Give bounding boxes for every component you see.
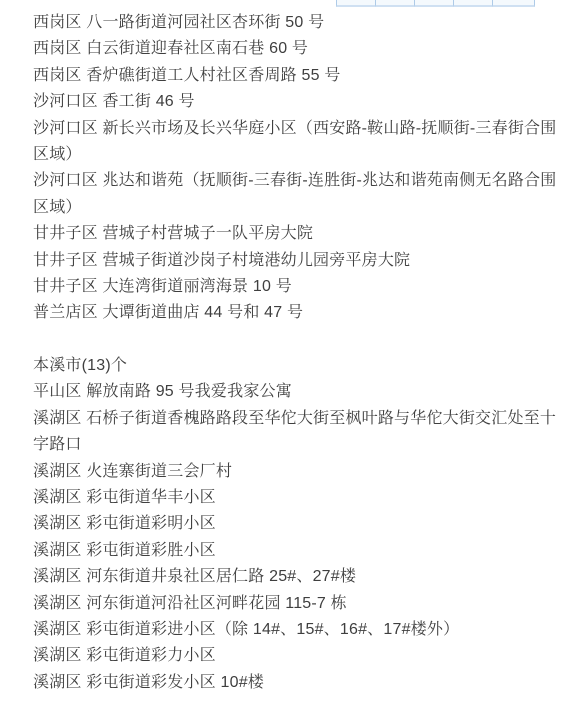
- blank-line: [33, 327, 563, 353]
- list-line: 西岗区 香炉礁街道工人村社区香周路 55 号: [33, 63, 563, 89]
- cropped-table-bottom-edge: [336, 0, 535, 7]
- list-line: 字路口: [33, 432, 563, 458]
- table-cell-fragment: [492, 0, 535, 7]
- list-line: 区域）: [33, 195, 563, 221]
- list-line: 甘井子区 营城子街道沙岗子村境港幼儿园旁平房大院: [33, 248, 563, 274]
- list-line: 西岗区 八一路街道河园社区杏环街 50 号: [33, 10, 563, 36]
- list-line: 溪湖区 彩屯街道彩明小区: [33, 511, 563, 537]
- list-line: 溪湖区 彩屯街道彩力小区: [33, 643, 563, 669]
- list-line: 甘井子区 大连湾街道丽湾海景 10 号: [33, 274, 563, 300]
- list-line: 溪湖区 彩屯街道彩进小区（除 14#、15#、16#、17#楼外）: [33, 617, 563, 643]
- document-page: 西岗区 八一路街道河园社区杏环街 50 号西岗区 白云街道迎春社区南石巷 60 …: [0, 0, 563, 714]
- list-line: 溪湖区 彩屯街道彩胜小区: [33, 538, 563, 564]
- list-line: 溪湖区 河东街道井泉社区居仁路 25#、27#楼: [33, 564, 563, 590]
- list-line: 溪湖区 彩屯街道华丰小区: [33, 485, 563, 511]
- table-cell-fragment: [453, 0, 492, 7]
- list-line: 沙河口区 兆达和谐苑（抚顺街-三春街-连胜街-兆达和谐苑南侧无名路合围: [33, 168, 563, 194]
- list-line: 区域）: [33, 142, 563, 168]
- list-line: 本溪市(13)个: [33, 353, 563, 379]
- list-line: 甘井子区 营城子村营城子一队平房大院: [33, 221, 563, 247]
- table-cell-fragment: [375, 0, 414, 7]
- address-list: 西岗区 八一路街道河园社区杏环街 50 号西岗区 白云街道迎春社区南石巷 60 …: [33, 10, 563, 696]
- list-line: 沙河口区 香工街 46 号: [33, 89, 563, 115]
- table-cell-fragment: [414, 0, 453, 7]
- list-line: 普兰店区 大谭街道曲店 44 号和 47 号: [33, 300, 563, 326]
- list-line: 溪湖区 河东街道河沿社区河畔花园 115-7 栋: [33, 591, 563, 617]
- list-line: 平山区 解放南路 95 号我爱我家公寓: [33, 379, 563, 405]
- list-line: 溪湖区 火连寨街道三会厂村: [33, 459, 563, 485]
- table-cell-fragment: [336, 0, 375, 7]
- list-line: 西岗区 白云街道迎春社区南石巷 60 号: [33, 36, 563, 62]
- list-line: 溪湖区 彩屯街道彩发小区 10#楼: [33, 670, 563, 696]
- list-line: 溪湖区 石桥子街道香槐路路段至华佗大街至枫叶路与华佗大街交汇处至十: [33, 406, 563, 432]
- list-line: 沙河口区 新长兴市场及长兴华庭小区（西安路-鞍山路-抚顺街-三春街合围: [33, 116, 563, 142]
